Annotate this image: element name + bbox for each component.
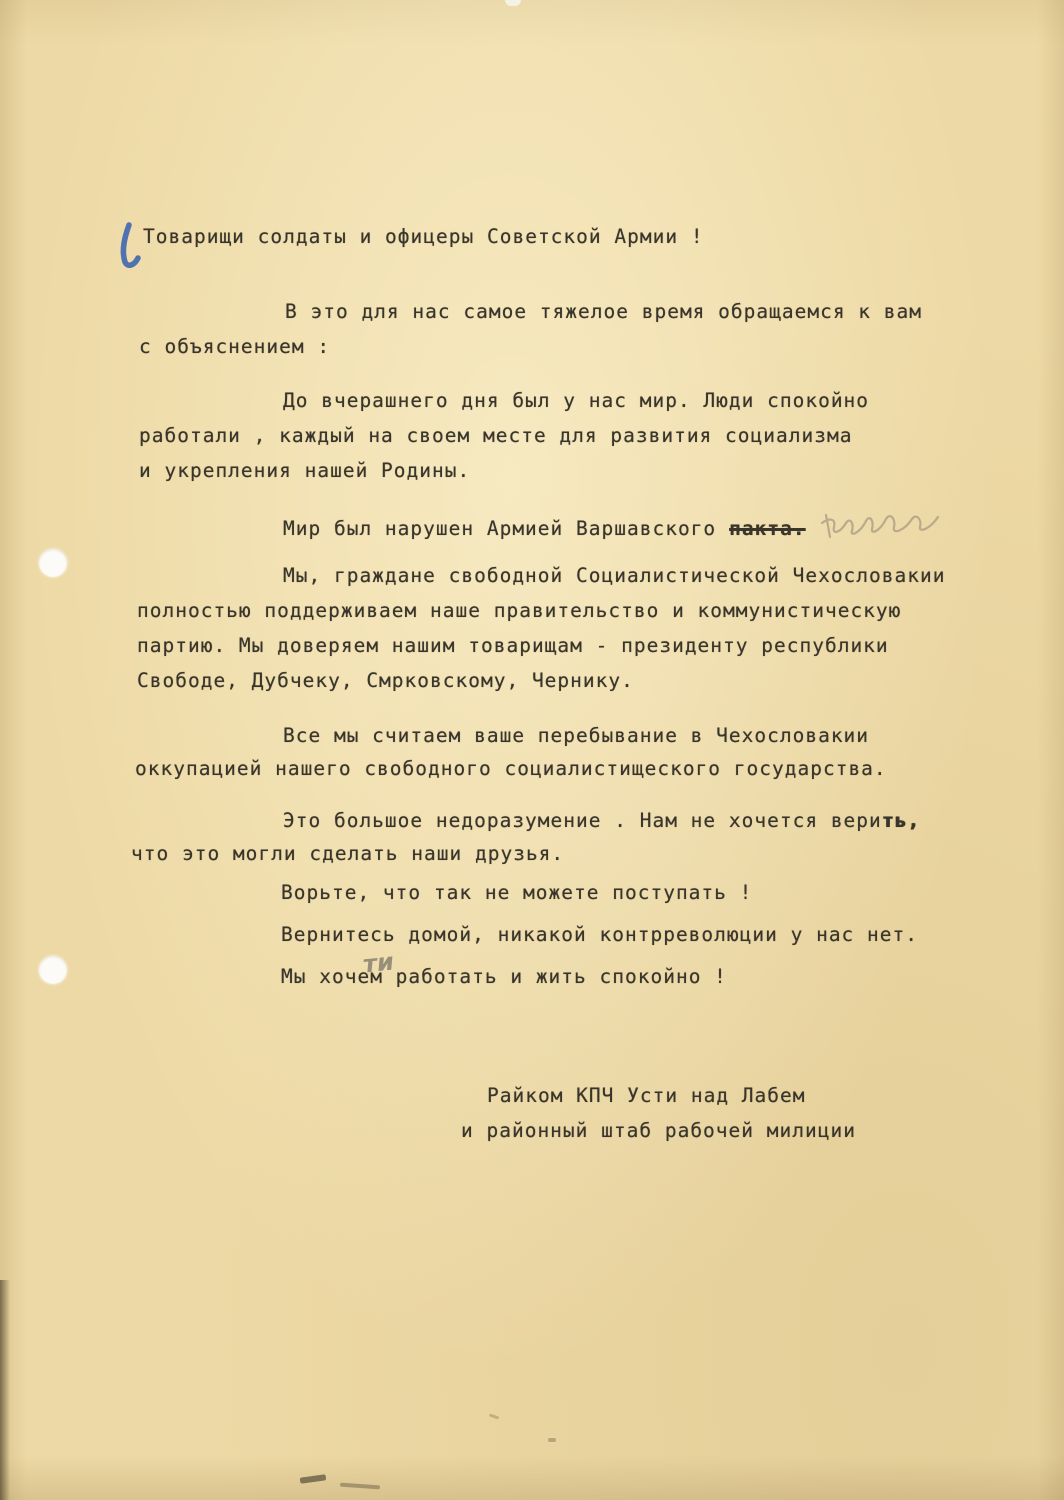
document-page: Товарищи солдаты и офицеры Советской Арм…: [0, 0, 1064, 1500]
para9-pre: Мы: [281, 965, 319, 988]
paper-edge-shadow: [0, 1280, 10, 1500]
para6-text: Это большое недоразумение . Нам не хочет…: [283, 809, 882, 832]
signature-line2: и районный штаб рабочей милиции: [461, 1121, 856, 1141]
overtyped-letters: ть,: [882, 809, 920, 832]
pencil-correction: ти: [362, 949, 395, 976]
para9-rest: работать и жить спокойно !: [383, 965, 727, 988]
para2-line1: До вчерашнего дня был у нас мир. Люди сп…: [283, 391, 869, 411]
para5-line2: оккупацией нашего свободного социалистищ…: [135, 759, 887, 779]
pencil-scribble: [820, 507, 950, 543]
para6-line1: Это большое недоразумение . Нам не хочет…: [283, 811, 920, 831]
ink-smudge: [489, 1413, 499, 1419]
para1-line1: В это для нас самое тяжелое время обраща…: [285, 302, 922, 322]
heading-line: Товарищи солдаты и офицеры Советской Арм…: [143, 227, 704, 247]
para1-line2: с объяснением :: [139, 337, 330, 357]
para3-line1: Мир был нарушен Армией Варшавскогопакта.: [283, 507, 950, 543]
struck-word: пакта.: [729, 517, 805, 540]
para4-line3: партию. Мы доверяем нашим товарищам - пр…: [137, 636, 889, 656]
signature-line1: Райком КПЧ Усти над Лабем: [487, 1086, 806, 1106]
para6-line2: что это могли сделать наши друзья.: [131, 844, 564, 864]
corrected-word: тихочем: [319, 967, 383, 987]
blue-pen-mark: [118, 222, 144, 272]
paper-chip: [505, 0, 521, 6]
ink-smudge: [300, 1474, 327, 1484]
para4-line2: полностью поддерживаем наше правительств…: [137, 601, 901, 621]
para8-line: Вернитесь домой, никакой контрреволюции …: [281, 925, 918, 945]
para7-line: Ворьте, что так не можете поступать !: [281, 883, 752, 903]
punch-hole-top: [39, 549, 67, 577]
para5-line1: Все мы считаем ваше перебывание в Чехосл…: [283, 726, 869, 746]
ink-smudge: [548, 1438, 556, 1442]
punch-hole-bottom: [39, 956, 67, 984]
para4-line4: Свободе, Дубчеку, Смрковскому, Чернику.: [137, 671, 634, 691]
para4-line1: Мы, граждане свободной Социалистической …: [283, 566, 945, 586]
para9-line: Мы тихочем работать и жить спокойно !: [281, 967, 727, 987]
ink-smudge: [340, 1483, 380, 1490]
para2-line2: работали , каждый на своем месте для раз…: [139, 426, 852, 446]
para2-line3: и укрепления нашей Родины.: [139, 461, 470, 481]
para3-text: Мир был нарушен Армией Варшавского: [283, 517, 716, 540]
